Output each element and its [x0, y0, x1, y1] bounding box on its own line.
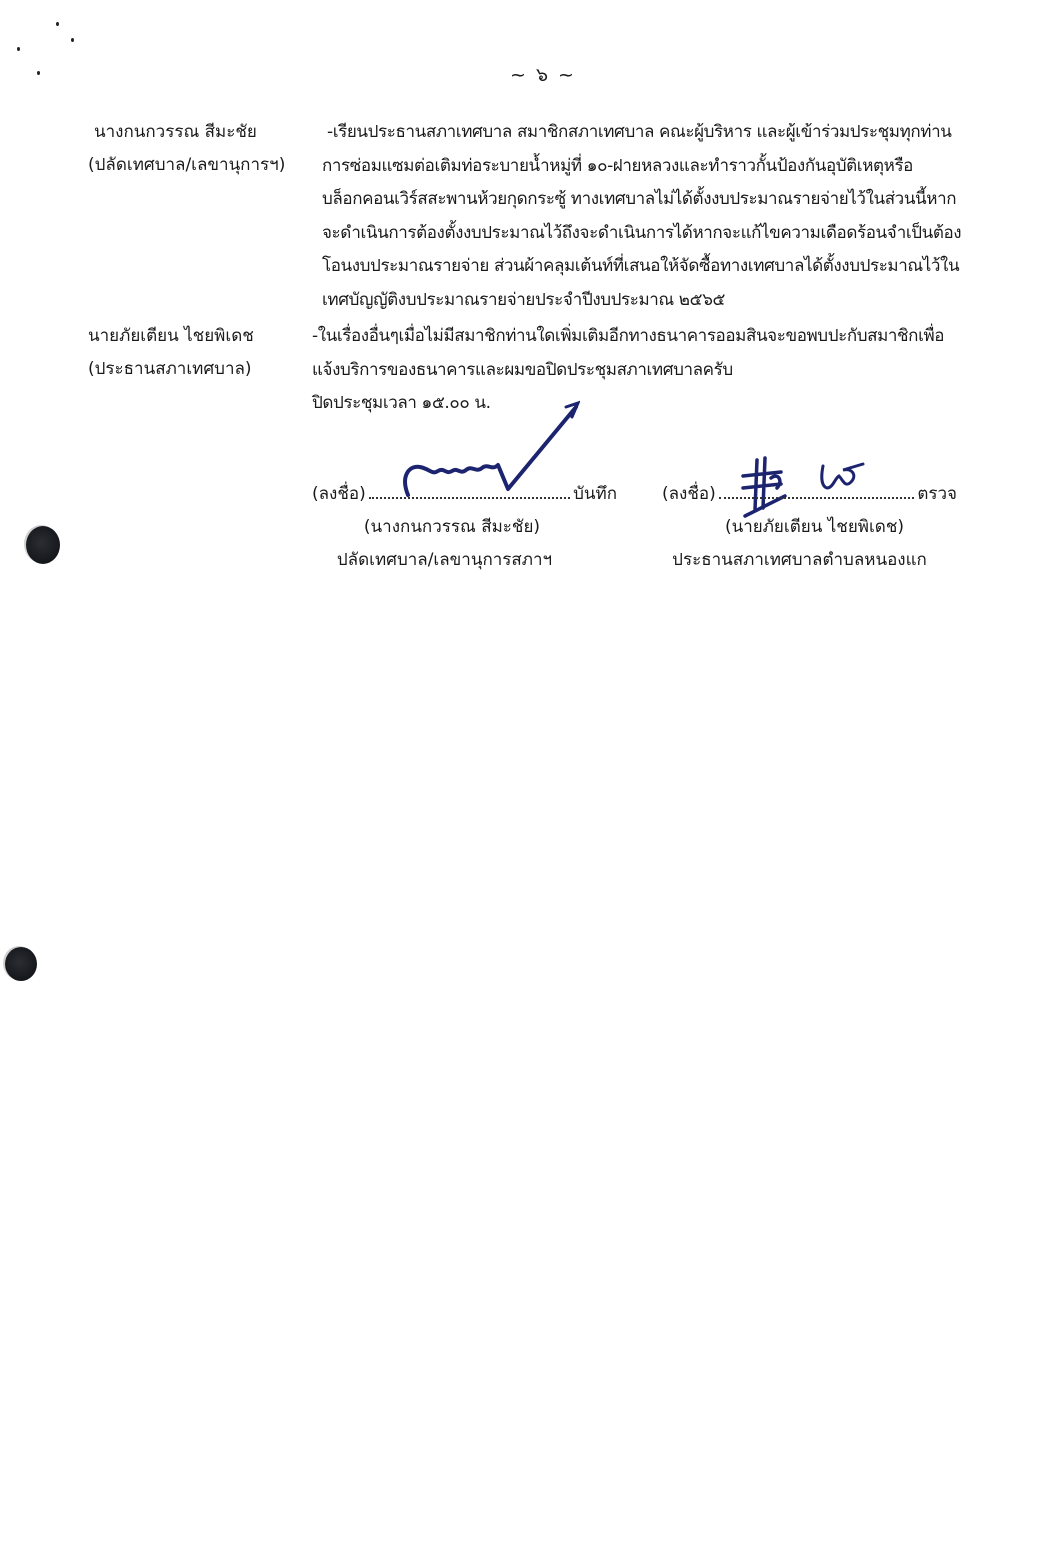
speech-line: จะดำเนินการต้องตั้งงบประมาณไว้ถึงจะดำเนิ… — [312, 217, 1012, 251]
signer-name: (นางกนกวรรณ สีมะชัย) — [312, 511, 617, 544]
speech-line: บล็อกคอนเวิร์สสะพานห้วยกุดกระซู้ ทางเทศบ… — [312, 183, 1012, 217]
scan-speck — [56, 22, 59, 26]
scan-speck — [71, 38, 74, 42]
signer-name: (นายภัยเตียน ไชยพิเดช) — [662, 511, 957, 544]
speech-line: เทศบัญญัติงบประมาณรายจ่ายประจำปีงบประมาณ… — [312, 284, 1012, 318]
speaker-secretary: นางกนกวรรณ สีมะชัย (ปลัดเทศบาล/เลขานุการ… — [88, 116, 285, 182]
sign-action: บันทึก — [573, 478, 617, 511]
speech-line: การซ่อมแซมต่อเติมท่อระบายน้ำหมู่ที่ ๑๐-ฝ… — [312, 150, 1012, 184]
speech-line: โอนงบประมาณรายจ่าย ส่วนผ้าคลุมเต้นท์ที่เ… — [312, 250, 1012, 284]
speech-line: ปิดประชุมเวลา ๑๕.๐๐ น. — [312, 387, 1012, 421]
signature-line: (ลงชื่อ) บันทึก — [312, 478, 617, 511]
signature-block-reviewer: (ลงชื่อ) ตรวจ (นายภัยเตียน ไชยพิเดช) ประ… — [662, 478, 957, 577]
punch-hole — [26, 526, 60, 564]
sign-action: ตรวจ — [917, 478, 957, 511]
speaker-role: (ปลัดเทศบาล/เลขานุการฯ) — [88, 149, 285, 182]
dotted-line — [719, 496, 915, 499]
speaker-name: นายภัยเตียน ไชยพิเดช — [88, 320, 254, 353]
speech-line: -ในเรื่องอื่นๆเมื่อไม่มีสมาชิกท่านใดเพิ่… — [312, 320, 1012, 354]
speech-line: -เรียนประธานสภาเทศบาล สมาชิกสภาเทศบาล คณ… — [312, 116, 1012, 150]
speech-chairman: -ในเรื่องอื่นๆเมื่อไม่มีสมาชิกท่านใดเพิ่… — [312, 320, 1012, 421]
sign-prefix: (ลงชื่อ) — [312, 478, 366, 511]
signer-position: ปลัดเทศบาล/เลขานุการสภาฯ — [312, 544, 617, 577]
dotted-line — [369, 496, 570, 499]
signer-position: ประธานสภาเทศบาลตำบลหนองแก — [662, 544, 957, 577]
page-number: ~ ๖ ~ — [0, 60, 1046, 90]
signature-block-recorder: (ลงชื่อ) บันทึก (นางกนกวรรณ สีมะชัย) ปลั… — [312, 478, 617, 577]
signature-line: (ลงชื่อ) ตรวจ — [662, 478, 957, 511]
speaker-name: นางกนกวรรณ สีมะชัย — [88, 116, 285, 149]
sign-prefix: (ลงชื่อ) — [662, 478, 716, 511]
speaker-role: (ประธานสภาเทศบาล) — [88, 353, 254, 386]
speech-secretary: -เรียนประธานสภาเทศบาล สมาชิกสภาเทศบาล คณ… — [312, 116, 1012, 317]
speaker-chairman: นายภัยเตียน ไชยพิเดช (ประธานสภาเทศบาล) — [88, 320, 254, 386]
punch-hole — [5, 947, 37, 981]
speech-line: แจ้งบริการของธนาคารและผมขอปิดประชุมสภาเท… — [312, 354, 1012, 388]
scan-speck — [17, 47, 20, 51]
